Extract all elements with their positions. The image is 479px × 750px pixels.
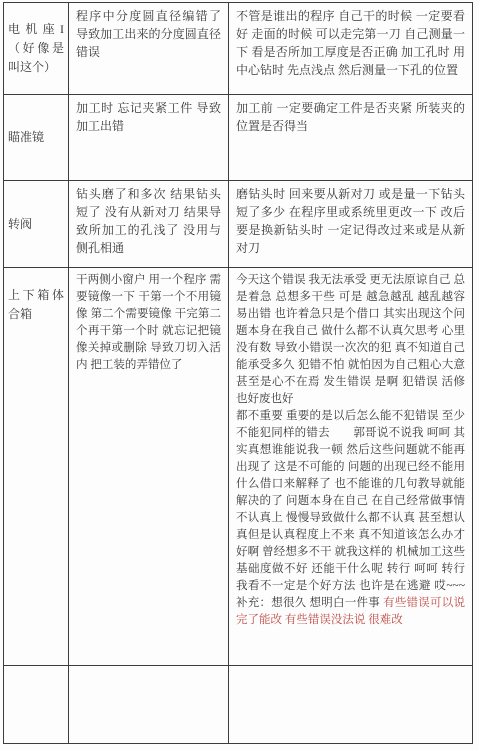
mistake-cell: 程序中分度圆直径编错了 导致加工出来的分度圆直径错误: [69, 3, 229, 95]
lesson-paragraph-2: 都不重要 重要的是以后怎么能不犯错误 至少不能犯同样的错去 郭哥说不说我 呵呵 …: [236, 410, 465, 609]
table-row: 转阀 钻头磨了和多次 结果钻头短了 没有从新对刀 结果导致所加工的孔浅了 没用与…: [4, 181, 473, 268]
mistake-cell: [69, 666, 229, 744]
lesson-cell: 加工前 一定要确定工件是否夹紧 所装夹的位置是否得当: [229, 95, 473, 181]
part-name-cell: 瞄准镜: [4, 95, 69, 181]
table-row: 上下箱体合箱 干两侧小窗户 用一个程序 需要镜像一下 干第一个不用镜像 第二个需…: [4, 268, 473, 666]
mistake-cell: 干两侧小窗户 用一个程序 需要镜像一下 干第一个不用镜像 第二个需要镜像 干完第…: [69, 268, 229, 666]
table-row: 电机座I（好像是叫这个） 程序中分度圆直径编错了 导致加工出来的分度圆直径错误 …: [4, 3, 473, 95]
error-log-table: 电机座I（好像是叫这个） 程序中分度圆直径编错了 导致加工出来的分度圆直径错误 …: [3, 2, 473, 744]
part-name-cell: 电机座I（好像是叫这个）: [4, 3, 69, 95]
lesson-cell: 不管是谁出的程序 自己干的时候 一定要看好 走面的时候 可以走完第一刀 自己测量…: [229, 3, 473, 95]
lesson-cell: 磨钻头时 回来要从新对刀 或是量一下钻头短了多少 在程序里或系统里更改一下 改后…: [229, 181, 473, 268]
lesson-paragraph-1: 今天这个错误 我无法承受 更无法原谅自己 总是着急 总想多干些 可是 越急越乱 …: [236, 274, 465, 405]
mistake-cell: 加工时 忘记夹紧工件 导致加工出错: [69, 95, 229, 181]
part-name-cell: 转阀: [4, 181, 69, 268]
part-name-cell: 上下箱体合箱: [4, 268, 69, 666]
table-row: 瞄准镜 加工时 忘记夹紧工件 导致加工出错 加工前 一定要确定工件是否夹紧 所装…: [4, 95, 473, 181]
table-row: [4, 666, 473, 744]
part-name-cell: [4, 666, 69, 744]
lesson-cell: 今天这个错误 我无法承受 更无法原谅自己 总是着急 总想多干些 可是 越急越乱 …: [229, 268, 473, 666]
mistake-cell: 钻头磨了和多次 结果钻头短了 没有从新对刀 结果导致所加工的孔浅了 没用与侧孔相…: [69, 181, 229, 268]
lesson-cell: [229, 666, 473, 744]
